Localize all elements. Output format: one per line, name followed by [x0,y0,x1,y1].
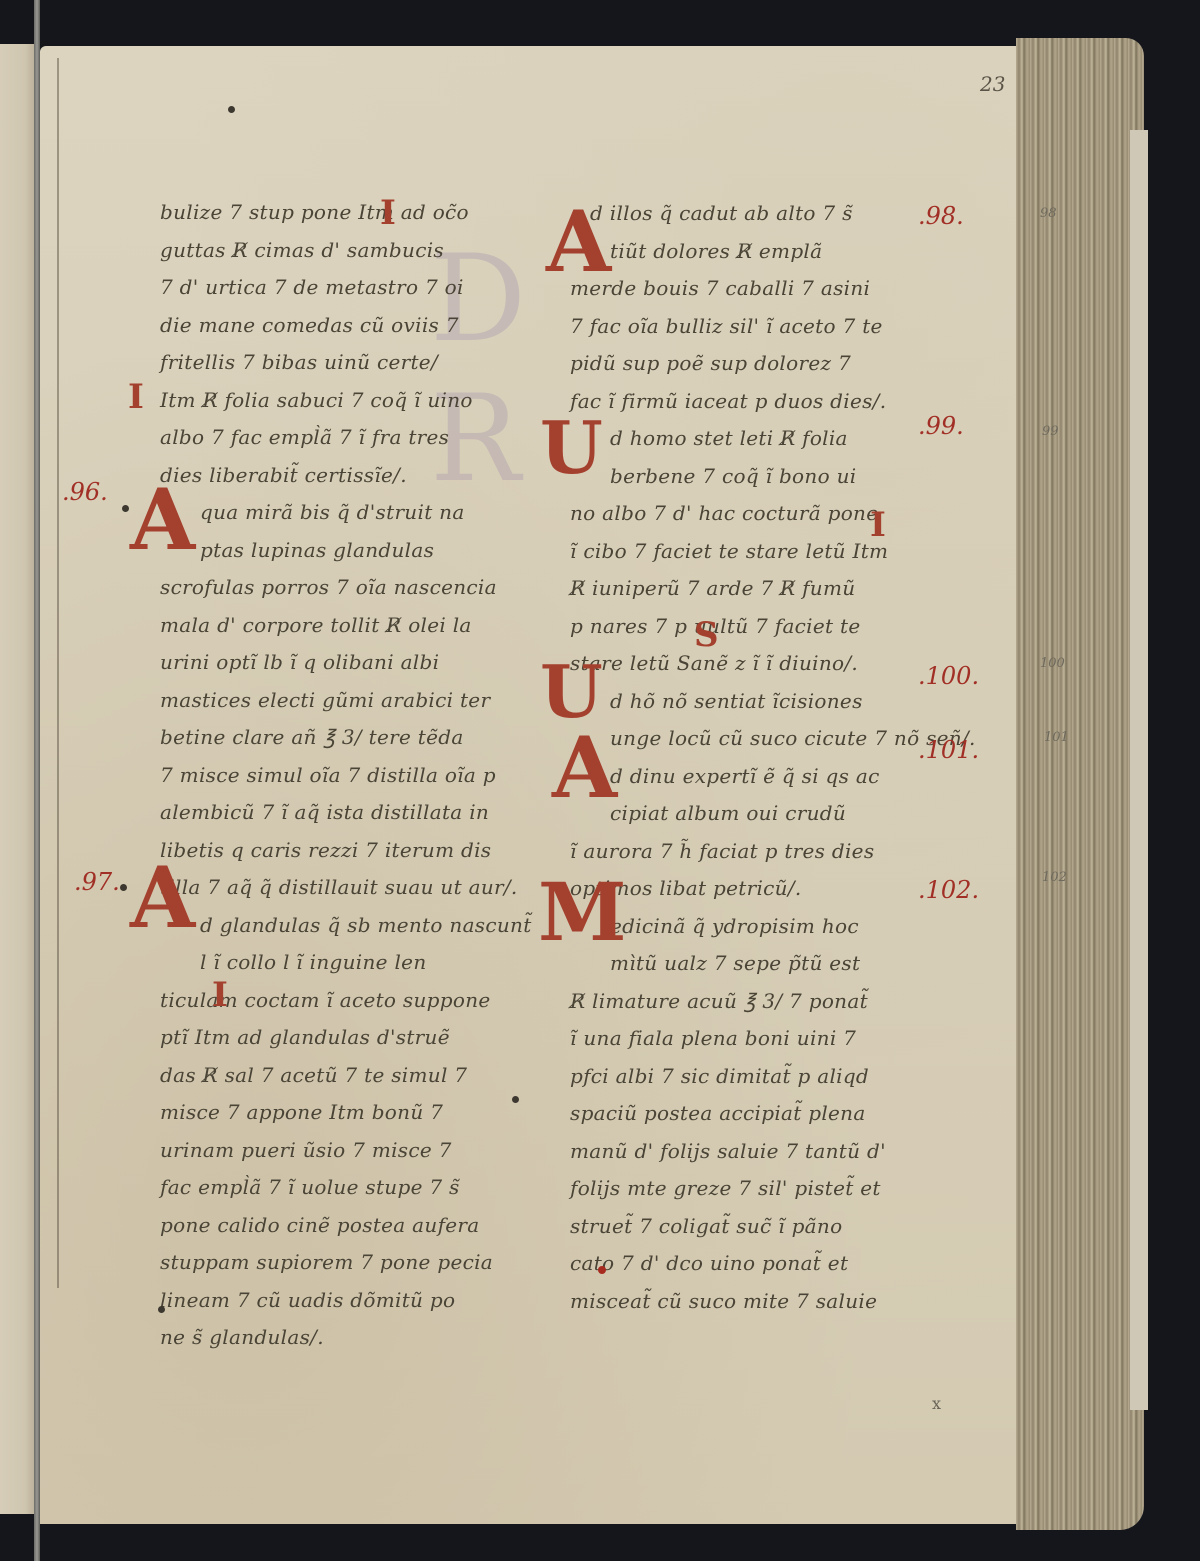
text-line: tiũt dolores R̸ emplã [570,233,930,271]
recipe-number: .97. [74,868,120,896]
text-line: die mane comedas cũ oviis 7 [160,307,540,345]
decorated-initial: U [540,412,603,484]
text-line: struet̃ 7 coligat̃ suc̃ ĩ pãno [570,1208,930,1246]
text-line: betine clare añ ℥ 3/ tere tẽda [160,719,540,757]
recipe-number: .102. [918,876,979,904]
paraph-mark: I [870,508,886,542]
paraph-mark: S [694,618,719,652]
text-line: d hõ nõ sentiat ĩcisiones [570,683,930,721]
text-line: berbene 7 coq̃ ĩ bono ui [570,458,930,496]
text-line: misceat̃ cũ suco mite 7 saluie [570,1283,930,1321]
text-line: manũ d' folijs saluie 7 tantũ d' [570,1133,930,1171]
decorated-initial: M [538,872,627,952]
text-line: lineam 7 cũ uadis dõmitũ po [160,1282,540,1320]
text-line: pone calido cinẽ postea aufera [160,1207,540,1245]
text-line: pfci albi 7 sic dimitat̃ p aliqd [570,1058,930,1096]
paraph-mark: I [128,380,144,414]
text-line: d homo stet leti R̸ folia [570,420,930,458]
text-line: ptĩ Itm ad glandulas d'struẽ [160,1019,540,1057]
text-line: alembicũ 7 ĩ aq̃ ista distillata in [160,794,540,832]
decorated-initial: A [130,856,195,940]
pricking-hole [512,1096,519,1103]
text-line: spaciũ postea accipiat̃ plena [570,1095,930,1133]
right-text-column: d illos q̃ cadut ab alto 7 s̃ tiũt dolo… [570,195,930,1320]
bottom-pencil-mark: x [932,1394,941,1413]
text-line: urinam pueri ũsio 7 misce 7 [160,1132,540,1170]
facing-page-edge [0,44,36,1514]
text-line: cato 7 d' dco uino ponat̃ et [570,1245,930,1283]
text-line: das R̸ sal 7 acetũ 7 te simul 7 [160,1057,540,1095]
text-line: R̸ iuniperũ 7 arde 7 R̸ fumũ [570,570,930,608]
text-line: R̸ limature acuũ ℥ 3/ 7 ponat̃ [570,983,930,1021]
text-line: merde bouis 7 caballi 7 asini [570,270,930,308]
text-line: misce 7 appone Itm bonũ 7 [160,1094,540,1132]
text-line: d illos q̃ cadut ab alto 7 s̃ [570,195,930,233]
text-line: ptas lupinas glandulas [160,532,540,570]
pencil-margin-number: 102 [1042,870,1067,885]
text-line: urini optĩ lb ĩ q olibani albi [160,644,540,682]
text-line: tilla 7 aq̃ q̃ distillauit suau ut aur/. [160,869,540,907]
recipe-number: .101. [918,736,979,764]
recipe-number: .98. [918,202,964,230]
pricking-hole [122,505,129,512]
text-line: mastices electi gũmi arabici ter [160,682,540,720]
decorated-initial: A [546,200,611,284]
paraph-mark: I [212,978,228,1012]
text-line: scrofulas porros 7 oĩa nascencia [160,569,540,607]
loose-leaf-edge [1130,130,1148,1410]
text-line: Itm R̸ folia sabuci 7 coq̃ ĩ uino [160,382,540,420]
pricking-hole [120,884,127,891]
pencil-margin-number: 98 [1040,206,1057,221]
red-ink-dot [598,1266,606,1274]
pencil-margin-number: 99 [1042,424,1059,439]
text-line: unge locũ cũ suco cicute 7 nõ señ/. [570,720,930,758]
text-line: ĩ una fiala plena boni uini 7 [570,1020,930,1058]
text-line: ne s̃ glandulas/. [160,1319,540,1357]
text-line: libetis q caris rezzi 7 iterum dis [160,832,540,870]
text-line: dies liberabit̃ certissĩe/. [160,457,540,495]
recipe-number: .96. [62,478,108,506]
text-line: 7 misce simul oĩa 7 distilla oĩa p [160,757,540,795]
text-line: mala d' corpore tollit R̸ olei la [160,607,540,645]
text-line: bulize 7 stup pone Itm ad oc̃o [160,194,540,232]
text-line: fritellis 7 bibas uinũ certe/ [160,344,540,382]
recipe-number: .99. [918,412,964,440]
text-line: p nares 7 p uultũ 7 faciet te [570,608,930,646]
pencil-margin-number: 101 [1044,730,1069,745]
text-line: cipiat album oui crudũ [570,795,930,833]
text-line: stuppam supiorem 7 pone pecia [160,1244,540,1282]
text-line: pidũ sup poẽ sup dolorez 7 [570,345,930,383]
text-line: folijs mte greze 7 sil' pistet̃ et [570,1170,930,1208]
text-line: fac empl̀ã 7 ĩ uolue stupe 7 s̃ [160,1169,540,1207]
left-text-column: bulize 7 stup pone Itm ad oc̃o guttas R̸… [160,194,540,1357]
pricking-hole [158,1306,165,1313]
text-line: stare letũ Sanẽ z ĩ ĩ diuino/. [570,645,930,683]
text-line: qua mirã bis q̃ d'struit na [160,494,540,532]
text-line: d dinu expertĩ ẽ q̃ si qs ac [570,758,930,796]
decorated-initial: A [130,478,195,562]
fore-edge-stack [1016,38,1144,1530]
text-line: 7 d' urtica 7 de metastro 7 oi [160,269,540,307]
gutter-crease [57,58,59,1288]
pencil-margin-number: 100 [1040,656,1065,671]
text-line: 7 fac oĩa bulliz sil' ĩ aceto 7 te [570,308,930,346]
paraph-mark: I [380,196,396,230]
text-line: d glandulas q̃ sb mento nascunt̃ [160,907,540,945]
recipe-number: .100. [918,662,979,690]
text-line: guttas R̸ cimas d' sambucis [160,232,540,270]
pricking-hole [228,106,235,113]
text-line: fac ĩ firmũ iaceat p duos dies/. [570,383,930,421]
folio-number: 23 [980,72,1005,96]
gutter-divider [34,0,40,1561]
decorated-initial: A [552,726,617,810]
text-line: albo 7 fac empl̀ã 7 ĩ fra tres [160,419,540,457]
